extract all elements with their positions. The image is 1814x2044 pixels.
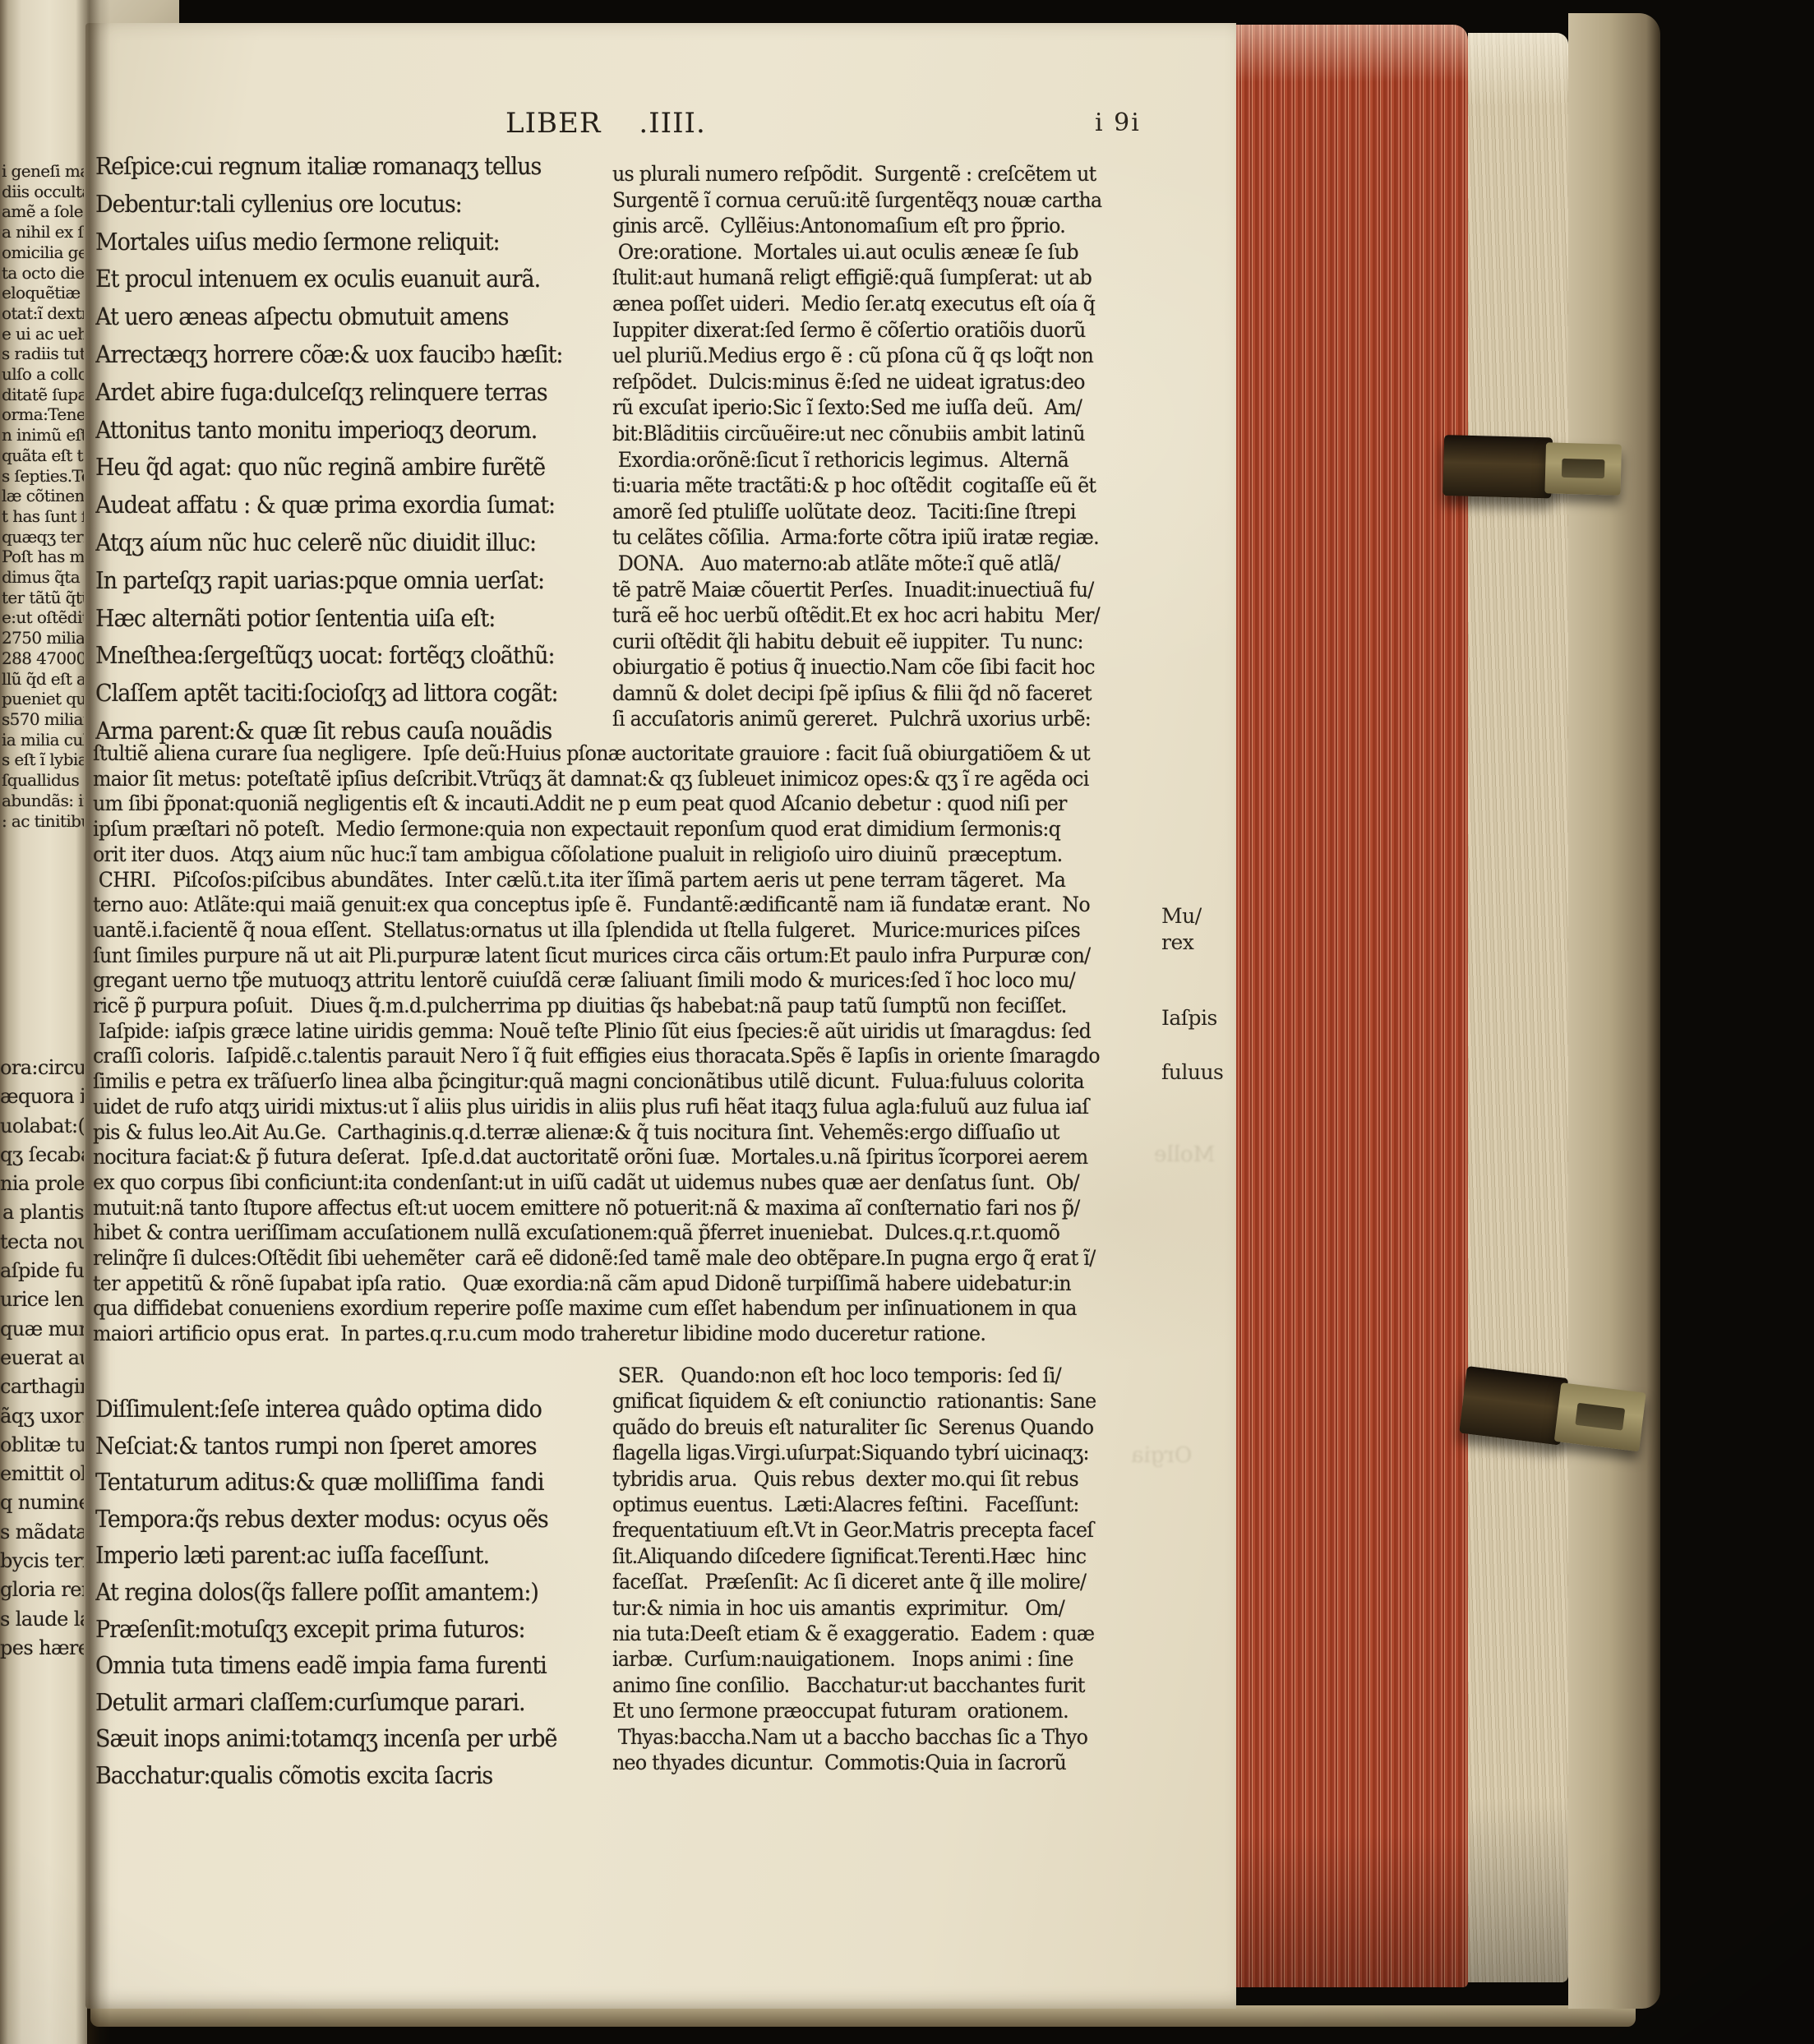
text-line: omicilia gemi xyxy=(2,242,84,263)
text-line: nocitura faciat:& p̃ futura deſerat. Ipſ… xyxy=(93,1145,1198,1170)
text-line: CHRI. Piſcoſos:piſcibus abundãtes. Inter… xyxy=(93,868,1198,893)
text-line: Atqʒ aíum nũc huc celerẽ nũc diuidit ill… xyxy=(95,524,615,562)
text-line: uel pluriũ.Medius ergo ẽ : cũ pſona cũ q… xyxy=(612,343,1159,369)
margin-note-murex-2: rex xyxy=(1161,930,1193,954)
text-line: aſpide fulua xyxy=(0,1257,84,1285)
poem-column-bottom: Diſſimulent:ſeſe interea quâdo optima di… xyxy=(95,1391,654,1794)
text-line: bit:Blãditiis circũuẽire:ut nec cõnubiis… xyxy=(612,421,1159,447)
text-line: optimus euentus. Læti:Alacres feſtini. F… xyxy=(612,1492,1159,1517)
text-line: obiurgatio ẽ potius q̃ inuectio.Nam cõe … xyxy=(612,654,1159,681)
text-line: s mãdata p auras: xyxy=(0,1518,84,1547)
text-line: tu celãtes cõſilia. Arma:forte cõtra ipi… xyxy=(612,524,1159,551)
text-line: Thyas:baccha.Nam ut a baccho bacchas ſic… xyxy=(612,1724,1159,1750)
clasp-strap xyxy=(1459,1366,1568,1446)
text-line: e ui ac uehement xyxy=(2,324,84,344)
text-line: Mneſthea:ſergeſtũqʒ uocat: fortẽqʒ cloãt… xyxy=(95,637,615,675)
text-line: læ cõtinent terram xyxy=(2,486,84,506)
text-line: quãdo do breuis eſt naturaliter ſic Sere… xyxy=(612,1414,1159,1440)
text-line: quæ munera dido xyxy=(0,1315,84,1344)
text-line: mutuit:nã tanto ſtupore affectus eſt:ut … xyxy=(93,1196,1198,1221)
text-line: : ac tinitibus cym xyxy=(2,811,84,832)
text-line: ulſo a collo capite xyxy=(2,364,84,385)
text-line: carthaginis altæ xyxy=(0,1373,84,1401)
text-line: æquora iu/ xyxy=(0,1082,84,1111)
poem-column-top: Reſpice:cui regnum italiæ romanaqʒ tellu… xyxy=(95,148,654,750)
text-line: qʒ ſecabat xyxy=(0,1141,84,1170)
text-line: Tempora:q̃s rebus dexter modus: ocyus oẽ… xyxy=(95,1501,615,1538)
text-line: relinq̃re ſi dulces:Oſtẽdit ſibi uehemẽt… xyxy=(93,1246,1198,1271)
text-line: Et procul intenuem ex oculis euanuit aur… xyxy=(95,261,615,298)
vellum-cover-right xyxy=(1568,13,1660,2009)
photo-of-incunabulum-book: i geneſi maligndiis occultat. Neqamẽ a ſ… xyxy=(0,0,1814,2044)
text-line: Iaſpide: iaſpis græce latine uiridis gem… xyxy=(93,1019,1198,1045)
text-line: nia tuta:Deeſt etiam & ẽ exaggeratio. Ea… xyxy=(612,1621,1159,1646)
text-line: Ardet abire fuga:dulceſqʒ relinquere ter… xyxy=(95,374,615,412)
text-line: rũ excuſat iperio:Sic ĩ ſexto:Sed me iuſ… xyxy=(612,394,1159,421)
page-edges-stack xyxy=(1468,33,1568,1982)
fore-edge-red-page-edges xyxy=(1236,25,1468,1987)
text-line: ta octo diebus xyxy=(2,263,84,284)
text-line: pes hæredis iuli xyxy=(0,1634,84,1663)
text-line: Heu q̃d agat: quo nũc reginã ambire furẽ… xyxy=(95,449,615,487)
text-line: pueniet quãtas cir xyxy=(2,689,84,709)
text-line: s laude laborum: xyxy=(0,1605,84,1634)
running-title-book: LIBER xyxy=(505,107,601,140)
text-line: curii oſtẽdit q̃li habitu debuit eẽ iupp… xyxy=(612,629,1159,655)
text-line: ſquallidus & incul xyxy=(2,770,84,791)
book-clasp-top xyxy=(1442,418,1629,530)
text-line: turã eẽ hoc uerbũ oſtẽdit.Et ex hoc acri… xyxy=(612,602,1159,629)
text-line: eloquẽtiæ indi xyxy=(2,283,84,303)
text-line: Mortales uiſus medio ſermone reliquit: xyxy=(95,224,615,261)
margin-note-iaspis: Iaſpis xyxy=(1161,1006,1217,1030)
text-line: s radiis tutetur:ſed xyxy=(2,344,84,364)
commentary-full-width: ſtultiẽ aliena curare ſua negligere. Ipſ… xyxy=(93,741,1198,1347)
text-line: q numine torquet: xyxy=(0,1488,84,1517)
text-line: DONA. Auo materno:ab atlãte mõte:ĩ quẽ a… xyxy=(612,551,1159,577)
text-line: nia proles. xyxy=(0,1170,84,1198)
book-clasp-bottom xyxy=(1454,1338,1663,1500)
text-line: um ſibi p̃ponat:quoniã negligentis eſt &… xyxy=(93,791,1198,817)
text-line: ſtultiẽ aliena curare ſua negligere. Ipſ… xyxy=(93,741,1198,767)
text-line: gregant uerno tp̃e mutuoqʒ attritu lento… xyxy=(93,968,1198,994)
text-line: Poſt has maius cor xyxy=(2,547,84,567)
text-line: uantẽ.i.facientẽ q̃ noua eſſent. Stellat… xyxy=(93,918,1198,944)
text-line: qua diffidebat conueniens exordium reper… xyxy=(93,1296,1198,1322)
text-line: In parteſqʒ rapit uarias:pque omnia uerſ… xyxy=(95,562,615,600)
text-line: orit iter duos. Atqʒ aium nũc huc:ĩ tam … xyxy=(93,842,1198,868)
text-line: maior ſit metus: poteſtatẽ ipſius deſcri… xyxy=(93,767,1198,792)
text-line: llũ q̃d eſt a terra ad xyxy=(2,669,84,690)
showthrough-word-molle: Molle xyxy=(1154,1142,1215,1167)
text-line: Exordia:orõnẽ:ſicut ĩ rethoricis legimus… xyxy=(612,447,1159,473)
text-line: s eſt ĩ lybia:quẽ atlã xyxy=(2,750,84,770)
text-line: reſpõdet. Dulcis:minus ẽ:ſed ne uideat i… xyxy=(612,369,1159,395)
margin-note-fuluus: fuluus xyxy=(1161,1060,1223,1084)
text-line: Imperio læti parent:ac iuſſa faceſſunt. xyxy=(95,1537,615,1574)
text-line: s570 miliariorum: xyxy=(2,709,84,730)
text-line: tecta nouãtẽ xyxy=(0,1228,84,1257)
text-line: ginis arcẽ. Cyllẽius:Antonomaſium eſt pr… xyxy=(612,213,1159,239)
text-line: 2750 miliaria xyxy=(2,628,84,648)
text-line: Præſenſit:motuſqʒ excepit prima futuros: xyxy=(95,1611,615,1648)
running-title: LIBER .IIII. xyxy=(505,107,706,140)
text-line: quæqʒ terrã cõtiet xyxy=(2,527,84,547)
text-line: euerat auro: xyxy=(0,1344,84,1373)
text-line: ex quo corpus ſibi conficiunt:ita conden… xyxy=(93,1170,1198,1196)
text-line: Claſſem aptẽt taciti:ſocioſqʒ ad littora… xyxy=(95,675,615,713)
text-line: ſit.Aliquando diſcedere ſignificat.Teren… xyxy=(612,1543,1159,1569)
text-line: pis & fulus leo.Ait Au.Ge. Carthaginis.q… xyxy=(93,1120,1198,1146)
text-line: Tentaturum aditus:& quæ molliſſima fandi xyxy=(95,1464,615,1501)
text-line: Surgentẽ ĩ cornua ceruũ:itẽ ſurgentẽqʒ n… xyxy=(612,187,1159,214)
text-line: At uero æneas aſpectu obmutuit amens xyxy=(95,298,615,336)
text-line: Sæuit inops animi:totamqʒ incenſa per ur… xyxy=(95,1720,615,1757)
text-line: ti:uaria mẽte tractãti:& p hoc oſtẽdit c… xyxy=(612,473,1159,499)
text-line: damnũ & dolet decipi ſpẽ ipſius & filii … xyxy=(612,681,1159,707)
text-line: Hæc alternãti potior ſententia uiſa eſt: xyxy=(95,600,615,638)
text-line: quãta eſt terra. Poſt xyxy=(2,445,84,466)
text-line: SER. Quando:non eſt hoc loco temporis: ſ… xyxy=(612,1363,1159,1388)
text-line: ditatẽ ſupare.Corã xyxy=(2,385,84,405)
text-line: uolabat:(xta xyxy=(0,1112,84,1141)
text-line: us plurali numero reſpõdit. Surgentẽ : c… xyxy=(612,161,1159,187)
text-line: Ore:oratione. Mortales ui.aut oculis æne… xyxy=(612,239,1159,265)
text-line: Omnia tuta timens eadẽ impia fama furent… xyxy=(95,1647,615,1684)
text-line: ſi accuſatoris animũ gereret. Pulchrã ux… xyxy=(612,706,1159,732)
text-line: Debentur:tali cyllenius ore locutus: xyxy=(95,186,615,224)
text-line: ſunt ſimiles purpure nã ut ait Pli.purpu… xyxy=(93,944,1198,969)
text-line: amorẽ ſed ptuliſſe uolũtate deoz. Taciti… xyxy=(612,499,1159,525)
text-line: a plantis xyxy=(0,1198,84,1227)
text-line: Detulit armari claſſem:curſumque parari. xyxy=(95,1684,615,1721)
text-line: Neſciat:& tantos rumpi non ſperet amores xyxy=(95,1428,615,1465)
text-line: Diſſimulent:ſeſe interea quâdo optima di… xyxy=(95,1391,615,1428)
text-line: Attonitus tanto monitu imperioqʒ deorum. xyxy=(95,412,615,450)
text-line: e:ut oſtẽdit ẽ:245 xyxy=(2,607,84,628)
text-line: At regina dolos(q̃s fallere poſſit amant… xyxy=(95,1574,615,1611)
text-line: bycis teris ocia ter xyxy=(0,1547,84,1576)
text-line: gnificat ſiquidem & eſt coniunctio ratio… xyxy=(612,1388,1159,1414)
text-line: gloria rerum: (ris xyxy=(0,1576,84,1604)
text-line: ora:circum xyxy=(0,1054,84,1082)
text-line: frequentatiuum eſt.Vt in Geor.Matris pre… xyxy=(612,1517,1159,1543)
text-line: orma:Tenet autem xyxy=(2,404,84,425)
running-title-number: .IIII. xyxy=(639,107,705,140)
text-line: ænea poſſet uideri. Medio ſer.atq execut… xyxy=(612,291,1159,317)
text-line: ter appetitũ & rõnẽ ſupabat ipſa ratio. … xyxy=(93,1271,1198,1297)
text-line: ſimilis e petra ex trãſuerſo linea alba … xyxy=(93,1069,1198,1095)
text-line: Arrectæqʒ horrere cõæ:& uox faucibɔ hæſi… xyxy=(95,336,615,374)
text-line: otat:ĩ dextra harp xyxy=(2,303,84,324)
text-line: dimus q̃ta ſint har xyxy=(2,567,84,588)
text-line: ia milia cubitoz cõ xyxy=(2,730,84,750)
text-line: oblitæ tuarum xyxy=(0,1431,84,1460)
text-line: Audeat affatu : & quæ prima exordia ſuma… xyxy=(95,487,615,524)
clasp-strap xyxy=(1442,435,1553,498)
text-line: ãqʒ uxorius urbẽ xyxy=(0,1402,84,1431)
text-line: faceſſat. Præſenſit: Ac ſi diceret ante … xyxy=(612,1569,1159,1594)
text-line: neo thyades dicuntur. Commotis:Quia in ſ… xyxy=(612,1750,1159,1775)
text-line: flagella ligas.Virgi.uſurpat:Siquando ty… xyxy=(612,1440,1159,1465)
text-line: maiori artificio opus erat. In partes.q.… xyxy=(93,1322,1198,1347)
clasp-brass-fitting xyxy=(1544,442,1622,495)
text-line: Iuppiter dixerat:ſed ſermo ẽ cõſertio or… xyxy=(612,317,1159,344)
facing-page-fragments-upper: i geneſi maligndiis occultat. Neqamẽ a ſ… xyxy=(2,161,84,831)
text-line: abundãs: interdiu xyxy=(2,791,84,811)
text-line: animo ſine conſilio. Bacchatur:ut baccha… xyxy=(612,1673,1159,1698)
text-line: hibet & contra ueriſſimam accuſationem n… xyxy=(93,1220,1198,1246)
book-page: LIBER .IIII. i 9i Reſpice:cui regnum ita… xyxy=(85,23,1236,2009)
folio-number: i 9i xyxy=(1095,108,1141,137)
gutter-shadow xyxy=(76,0,110,2044)
facing-page-fragments-lower: ora:circumæquora iu/uolabat:(xtaqʒ ſecab… xyxy=(0,1054,84,1663)
text-line: craſſi coloris. Iaſpidẽ.c.talentis parau… xyxy=(93,1044,1198,1069)
text-line: tur:& nimia in hoc uis amantis exprimitu… xyxy=(612,1595,1159,1621)
clasp-brass-fitting xyxy=(1554,1382,1646,1451)
text-line: iarbæ. Curſum:nauigationem. Inops animi … xyxy=(612,1646,1159,1672)
text-line: Et uno ſermone præoccupat futuram oratio… xyxy=(612,1698,1159,1723)
text-line: tybridis arua. Quis rebus dexter mo.qui … xyxy=(612,1466,1159,1492)
text-line: ter tãtũ q̃tũ ẽ di xyxy=(2,588,84,608)
commentary-column-top-right: us plurali numero reſpõdit. Surgentẽ : c… xyxy=(612,161,1159,732)
text-line: diis occultat. Neq xyxy=(2,182,84,202)
text-line: s ſepties.Tertius in xyxy=(2,466,84,487)
margin-note-murex-1: Mu/ xyxy=(1161,904,1202,928)
text-line: ipſum præſtari nõ poteſt. Medio ſermone:… xyxy=(93,817,1198,842)
text-line: uidet de rufo atqʒ uiridi mixtus:ut ĩ al… xyxy=(93,1095,1198,1120)
commentary-column-bottom-right: SER. Quando:non eſt hoc loco temporis: ſ… xyxy=(612,1363,1159,1776)
text-line: 288 47000:iouis ãt xyxy=(2,648,84,669)
text-line: a nihil ex ſua ſede xyxy=(2,222,84,242)
facing-page-edge: i geneſi maligndiis occultat. Neqamẽ a ſ… xyxy=(0,0,87,2044)
text-line: amẽ a ſole q̃ oĩ xyxy=(2,201,84,222)
text-line: ſtulit:aut humanã religt effigiẽ:quã ſum… xyxy=(612,265,1159,291)
text-line: n inimũ eſt omniũ xyxy=(2,425,84,445)
text-line: Bacchatur:qualis cõmotis excita ſacris xyxy=(95,1757,615,1794)
text-line: emittit olympo xyxy=(0,1460,84,1488)
text-line: Reſpice:cui regnum italiæ romanaqʒ tellu… xyxy=(95,148,615,186)
text-line: tẽ patrẽ Maiæ cõuertit Perſes. Inuadit:i… xyxy=(612,577,1159,603)
text-line: t has ſunt ſtellæ q̃ xyxy=(2,506,84,527)
text-line: urice lena xyxy=(0,1285,84,1314)
text-line: terno auo: Atlãte:qui maiã genuit:ex qua… xyxy=(93,893,1198,918)
text-line: ricẽ p̃ purpura poſuit. Diues q̃.m.d.pul… xyxy=(93,994,1198,1019)
text-line: i geneſi malign xyxy=(2,161,84,182)
